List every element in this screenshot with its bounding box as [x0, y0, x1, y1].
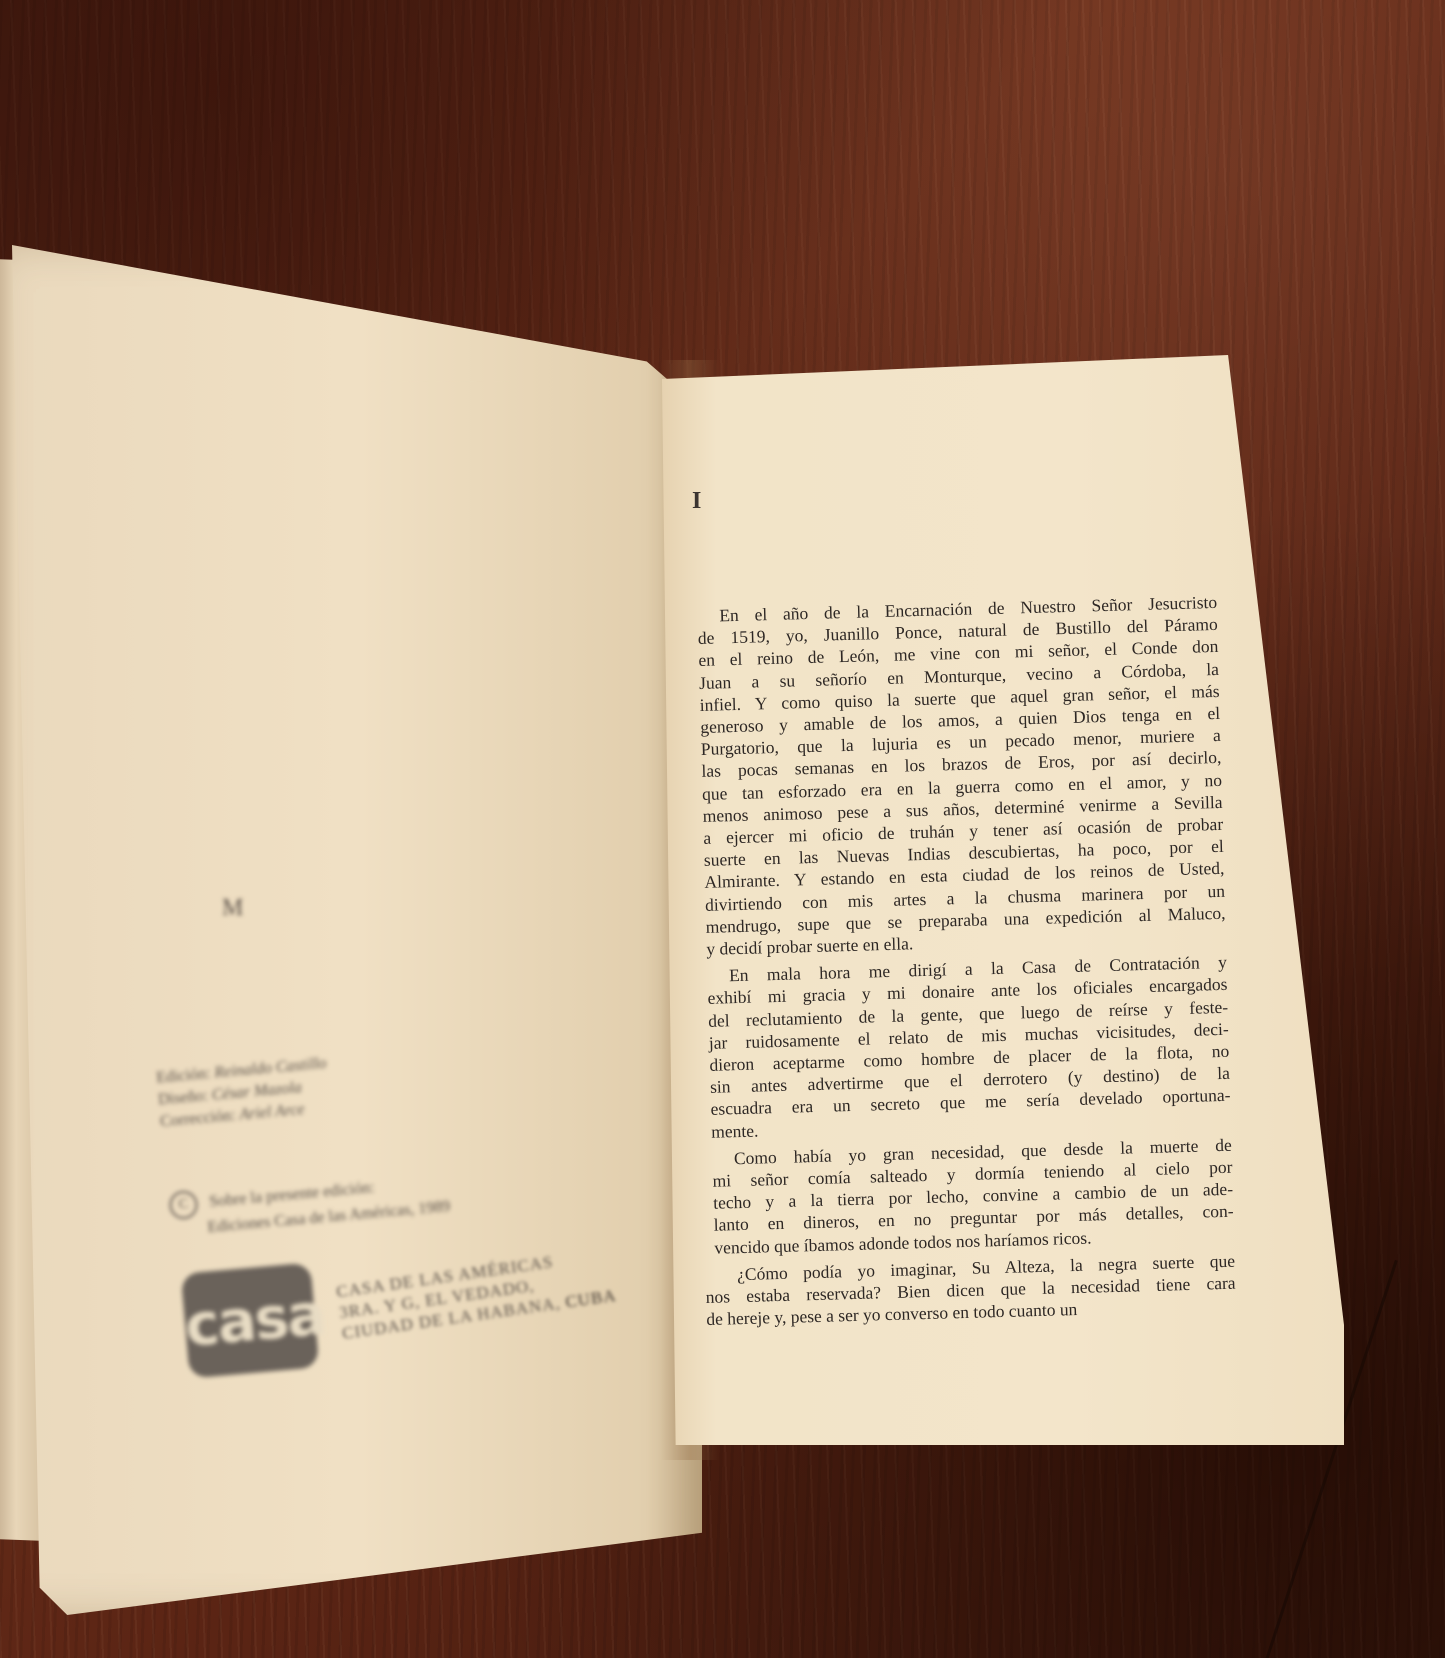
open-book: M Edición: Reinaldo Castillo Diseño: Cés… — [0, 0, 1445, 1658]
printer-mark: M — [222, 895, 243, 922]
copyright-icon: C — [168, 1190, 198, 1220]
casa-logo: casa — [181, 1263, 320, 1379]
chapter-number: I — [692, 488, 701, 515]
copyright-notice: C Sobre la presente edición: Ediciones C… — [168, 1168, 451, 1242]
body-text: En el año de la Encarnación de Nuestro S… — [697, 591, 1236, 1330]
credits-list: Edición: Reinaldo Castillo Diseño: César… — [155, 1053, 331, 1134]
